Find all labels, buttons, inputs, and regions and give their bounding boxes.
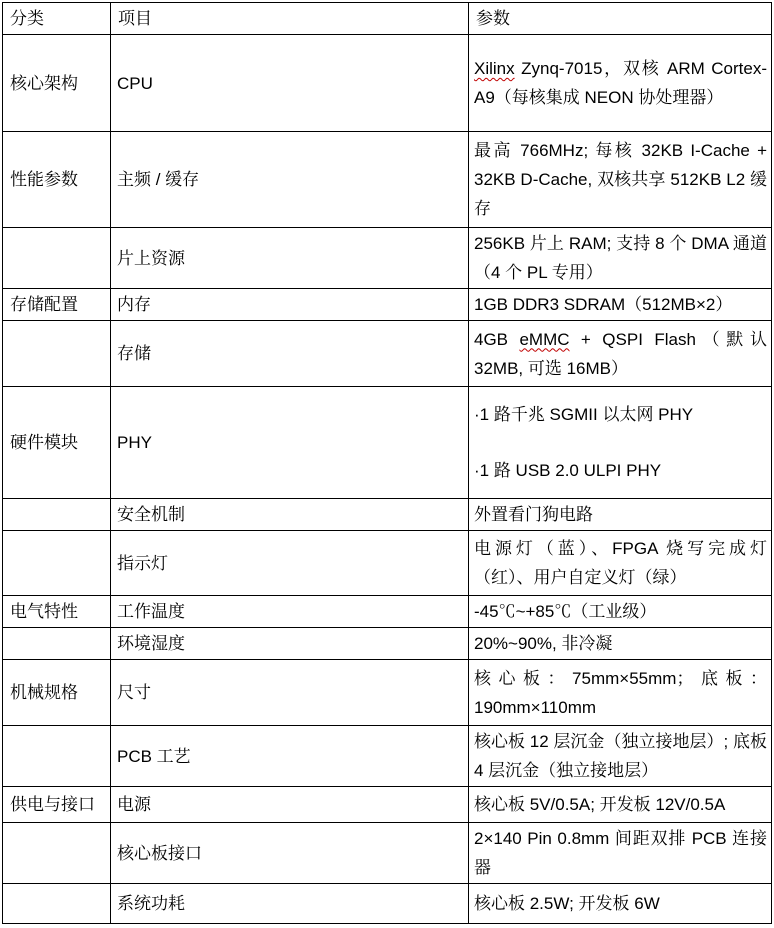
param-text: 256KB 片上 RAM; 支持 8 个 DMA 通道（4 个 PL 专用）	[469, 228, 772, 289]
table-row: 环境湿度 20%~90%, 非冷凝	[3, 628, 772, 660]
item-cell: 环境湿度	[111, 628, 469, 660]
column-header-param: 参数	[469, 3, 772, 35]
item-cell: CPU	[111, 35, 469, 132]
category-cell	[3, 884, 111, 924]
table-row: 安全机制 外置看门狗电路	[3, 499, 772, 531]
item-cell: 尺寸	[111, 660, 469, 726]
param-text: 1GB DDR3 SDRAM（512MB×2）	[469, 289, 772, 321]
param-text: 核心板 12 层沉金（独立接地层）; 底板 4 层沉金（独立接地层）	[469, 726, 772, 787]
item-cell: 核心板接口	[111, 823, 469, 884]
table-row: 核心架构 CPU Xilinx Zynq-7015，双核 ARM Cortex-…	[3, 35, 772, 132]
item-cell: 指示灯	[111, 531, 469, 596]
table-row: 供电与接口 电源 核心板 5V/0.5A; 开发板 12V/0.5A	[3, 787, 772, 823]
param-blank-line	[474, 429, 767, 456]
item-cell: 工作温度	[111, 596, 469, 628]
category-cell	[3, 499, 111, 531]
param-text: 核心板 2.5W; 开发板 6W	[469, 884, 772, 924]
item-cell: 主频 / 缓存	[111, 132, 469, 228]
param-text: ·1 路 USB 2.0 ULPI PHY	[474, 456, 767, 485]
param-text: -45℃~+85℃（工业级）	[469, 596, 772, 628]
param-text: ·1 路千兆 SGMII 以太网 PHY	[474, 400, 767, 429]
item-cell: PHY	[111, 387, 469, 499]
table-row: 电气特性 工作温度 -45℃~+85℃（工业级）	[3, 596, 772, 628]
table-row: 机械规格 尺寸 核心板：75mm×55mm；底板：190mm×110mm	[3, 660, 772, 726]
header-row: 分类 项目 参数	[3, 3, 772, 35]
item-cell: 内存	[111, 289, 469, 321]
table-row: 硬件模块 PHY ·1 路千兆 SGMII 以太网 PHY ·1 路 USB 2…	[3, 387, 772, 499]
param-text: 外置看门狗电路	[469, 499, 772, 531]
table-row: 存储配置 内存 1GB DDR3 SDRAM（512MB×2）	[3, 289, 772, 321]
table-row: PCB 工艺 核心板 12 层沉金（独立接地层）; 底板 4 层沉金（独立接地层…	[3, 726, 772, 787]
item-cell: PCB 工艺	[111, 726, 469, 787]
param-cell-multiline: ·1 路千兆 SGMII 以太网 PHY ·1 路 USB 2.0 ULPI P…	[469, 387, 772, 499]
category-cell: 供电与接口	[3, 787, 111, 823]
category-cell	[3, 628, 111, 660]
param-text: 20%~90%, 非冷凝	[469, 628, 772, 660]
param-text: 最高 766MHz; 每核 32KB I-Cache + 32KB D-Cach…	[469, 132, 772, 228]
param-text: 2×140 Pin 0.8mm 间距双排 PCB 连接器	[469, 823, 772, 884]
category-cell: 硬件模块	[3, 387, 111, 499]
column-header-category: 分类	[3, 3, 111, 35]
category-cell	[3, 823, 111, 884]
category-cell: 存储配置	[3, 289, 111, 321]
param-text: 电源灯（蓝）、FPGA 烧写完成灯（红）、用户自定义灯（绿）	[469, 531, 772, 596]
spec-table: 分类 项目 参数 核心架构 CPU Xilinx Zynq-7015，双核 AR…	[2, 2, 772, 924]
table-row: 系统功耗 核心板 2.5W; 开发板 6W	[3, 884, 772, 924]
document-page: 分类 项目 参数 核心架构 CPU Xilinx Zynq-7015，双核 AR…	[0, 0, 774, 928]
item-cell: 电源	[111, 787, 469, 823]
table-row: 片上资源 256KB 片上 RAM; 支持 8 个 DMA 通道（4 个 PL …	[3, 228, 772, 289]
table-row: 存储 4GB eMMC + QSPI Flash（默认 32MB, 可选 16M…	[3, 321, 772, 387]
category-cell	[3, 726, 111, 787]
param-text: Xilinx Zynq-7015，双核 ARM Cortex-A9（每核集成 N…	[469, 35, 772, 132]
column-header-item: 项目	[111, 3, 469, 35]
category-cell	[3, 228, 111, 289]
item-cell: 系统功耗	[111, 884, 469, 924]
category-cell: 机械规格	[3, 660, 111, 726]
param-text: 核心板 5V/0.5A; 开发板 12V/0.5A	[469, 787, 772, 823]
param-text: 核心板：75mm×55mm；底板：190mm×110mm	[469, 660, 772, 726]
table-row: 性能参数 主频 / 缓存 最高 766MHz; 每核 32KB I-Cache …	[3, 132, 772, 228]
category-cell	[3, 321, 111, 387]
category-cell	[3, 531, 111, 596]
item-cell: 安全机制	[111, 499, 469, 531]
item-cell: 片上资源	[111, 228, 469, 289]
category-cell: 电气特性	[3, 596, 111, 628]
table-row: 核心板接口 2×140 Pin 0.8mm 间距双排 PCB 连接器	[3, 823, 772, 884]
item-cell: 存储	[111, 321, 469, 387]
param-text: 4GB eMMC + QSPI Flash（默认 32MB, 可选 16MB）	[469, 321, 772, 387]
category-cell: 性能参数	[3, 132, 111, 228]
category-cell: 核心架构	[3, 35, 111, 132]
table-row: 指示灯 电源灯（蓝）、FPGA 烧写完成灯（红）、用户自定义灯（绿）	[3, 531, 772, 596]
